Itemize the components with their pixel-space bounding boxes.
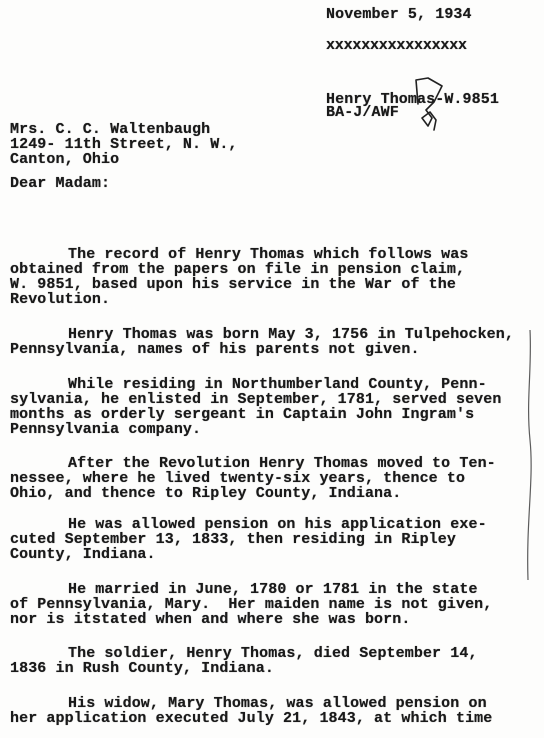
struck-out-line: xxxxxxxxxxxxxxxx [326,38,467,53]
recipient-city: Canton, Ohio [10,152,119,167]
paragraph-line: sylvania, he enlisted in September, 1781… [10,392,501,407]
paragraph-line: After the Revolution Henry Thomas moved … [10,456,496,471]
paragraph-line: months as orderly sergeant in Captain Jo… [10,407,474,422]
paragraph-line: He was allowed pension on his applicatio… [10,517,487,532]
paragraph-line: Pennsylvania company. [10,422,201,437]
paragraph-line: Ohio, and thence to Ripley County, India… [10,486,401,501]
paragraph-line: Henry Thomas was born May 3, 1756 in Tul… [10,327,514,342]
salutation: Dear Madam: [10,176,110,191]
paragraph-line: her application executed July 21, 1843, … [10,711,492,726]
paragraph-line: obtained from the papers on file in pens… [10,262,465,277]
paragraph-line: W. 9851, based upon his service in the W… [10,277,456,292]
paragraph-line: nessee, where he lived twenty-six years,… [10,471,465,486]
paragraph-line: He married in June, 1780 or 1781 in the … [10,582,478,597]
handwritten-initials-icon [412,74,446,132]
recipient-street: 1249- 11th Street, N. W., [10,137,238,152]
paragraph-line: The soldier, Henry Thomas, died Septembe… [10,646,478,661]
letter-page: November 5, 1934 xxxxxxxxxxxxxxxx Henry … [0,0,544,738]
paragraph-line: His widow, Mary Thomas, was allowed pens… [10,696,487,711]
paragraph-line: The record of Henry Thomas which follows… [10,247,468,262]
letter-date: November 5, 1934 [326,7,472,22]
recipient-name: Mrs. C. C. Waltenbaugh [10,122,210,137]
paragraph-line: of Pennsylvania, Mary. Her maiden name i… [10,597,492,612]
paragraph-line: 1836 in Rush County, Indiana. [10,661,274,676]
paragraph-line: County, Indiana. [10,547,156,562]
paragraph-line: cuted September 13, 1833, then residing … [10,532,456,547]
paragraph-line: nor is itstated when and where she was b… [10,612,410,627]
paragraph-line: Revolution. [10,292,110,307]
paragraph-line: Pennsylvania, names of his parents not g… [10,342,420,357]
office-code: BA-J/AWF [326,105,399,120]
margin-pen-stroke-icon [520,330,538,580]
paragraph-line: While residing in Northumberland County,… [10,377,487,392]
